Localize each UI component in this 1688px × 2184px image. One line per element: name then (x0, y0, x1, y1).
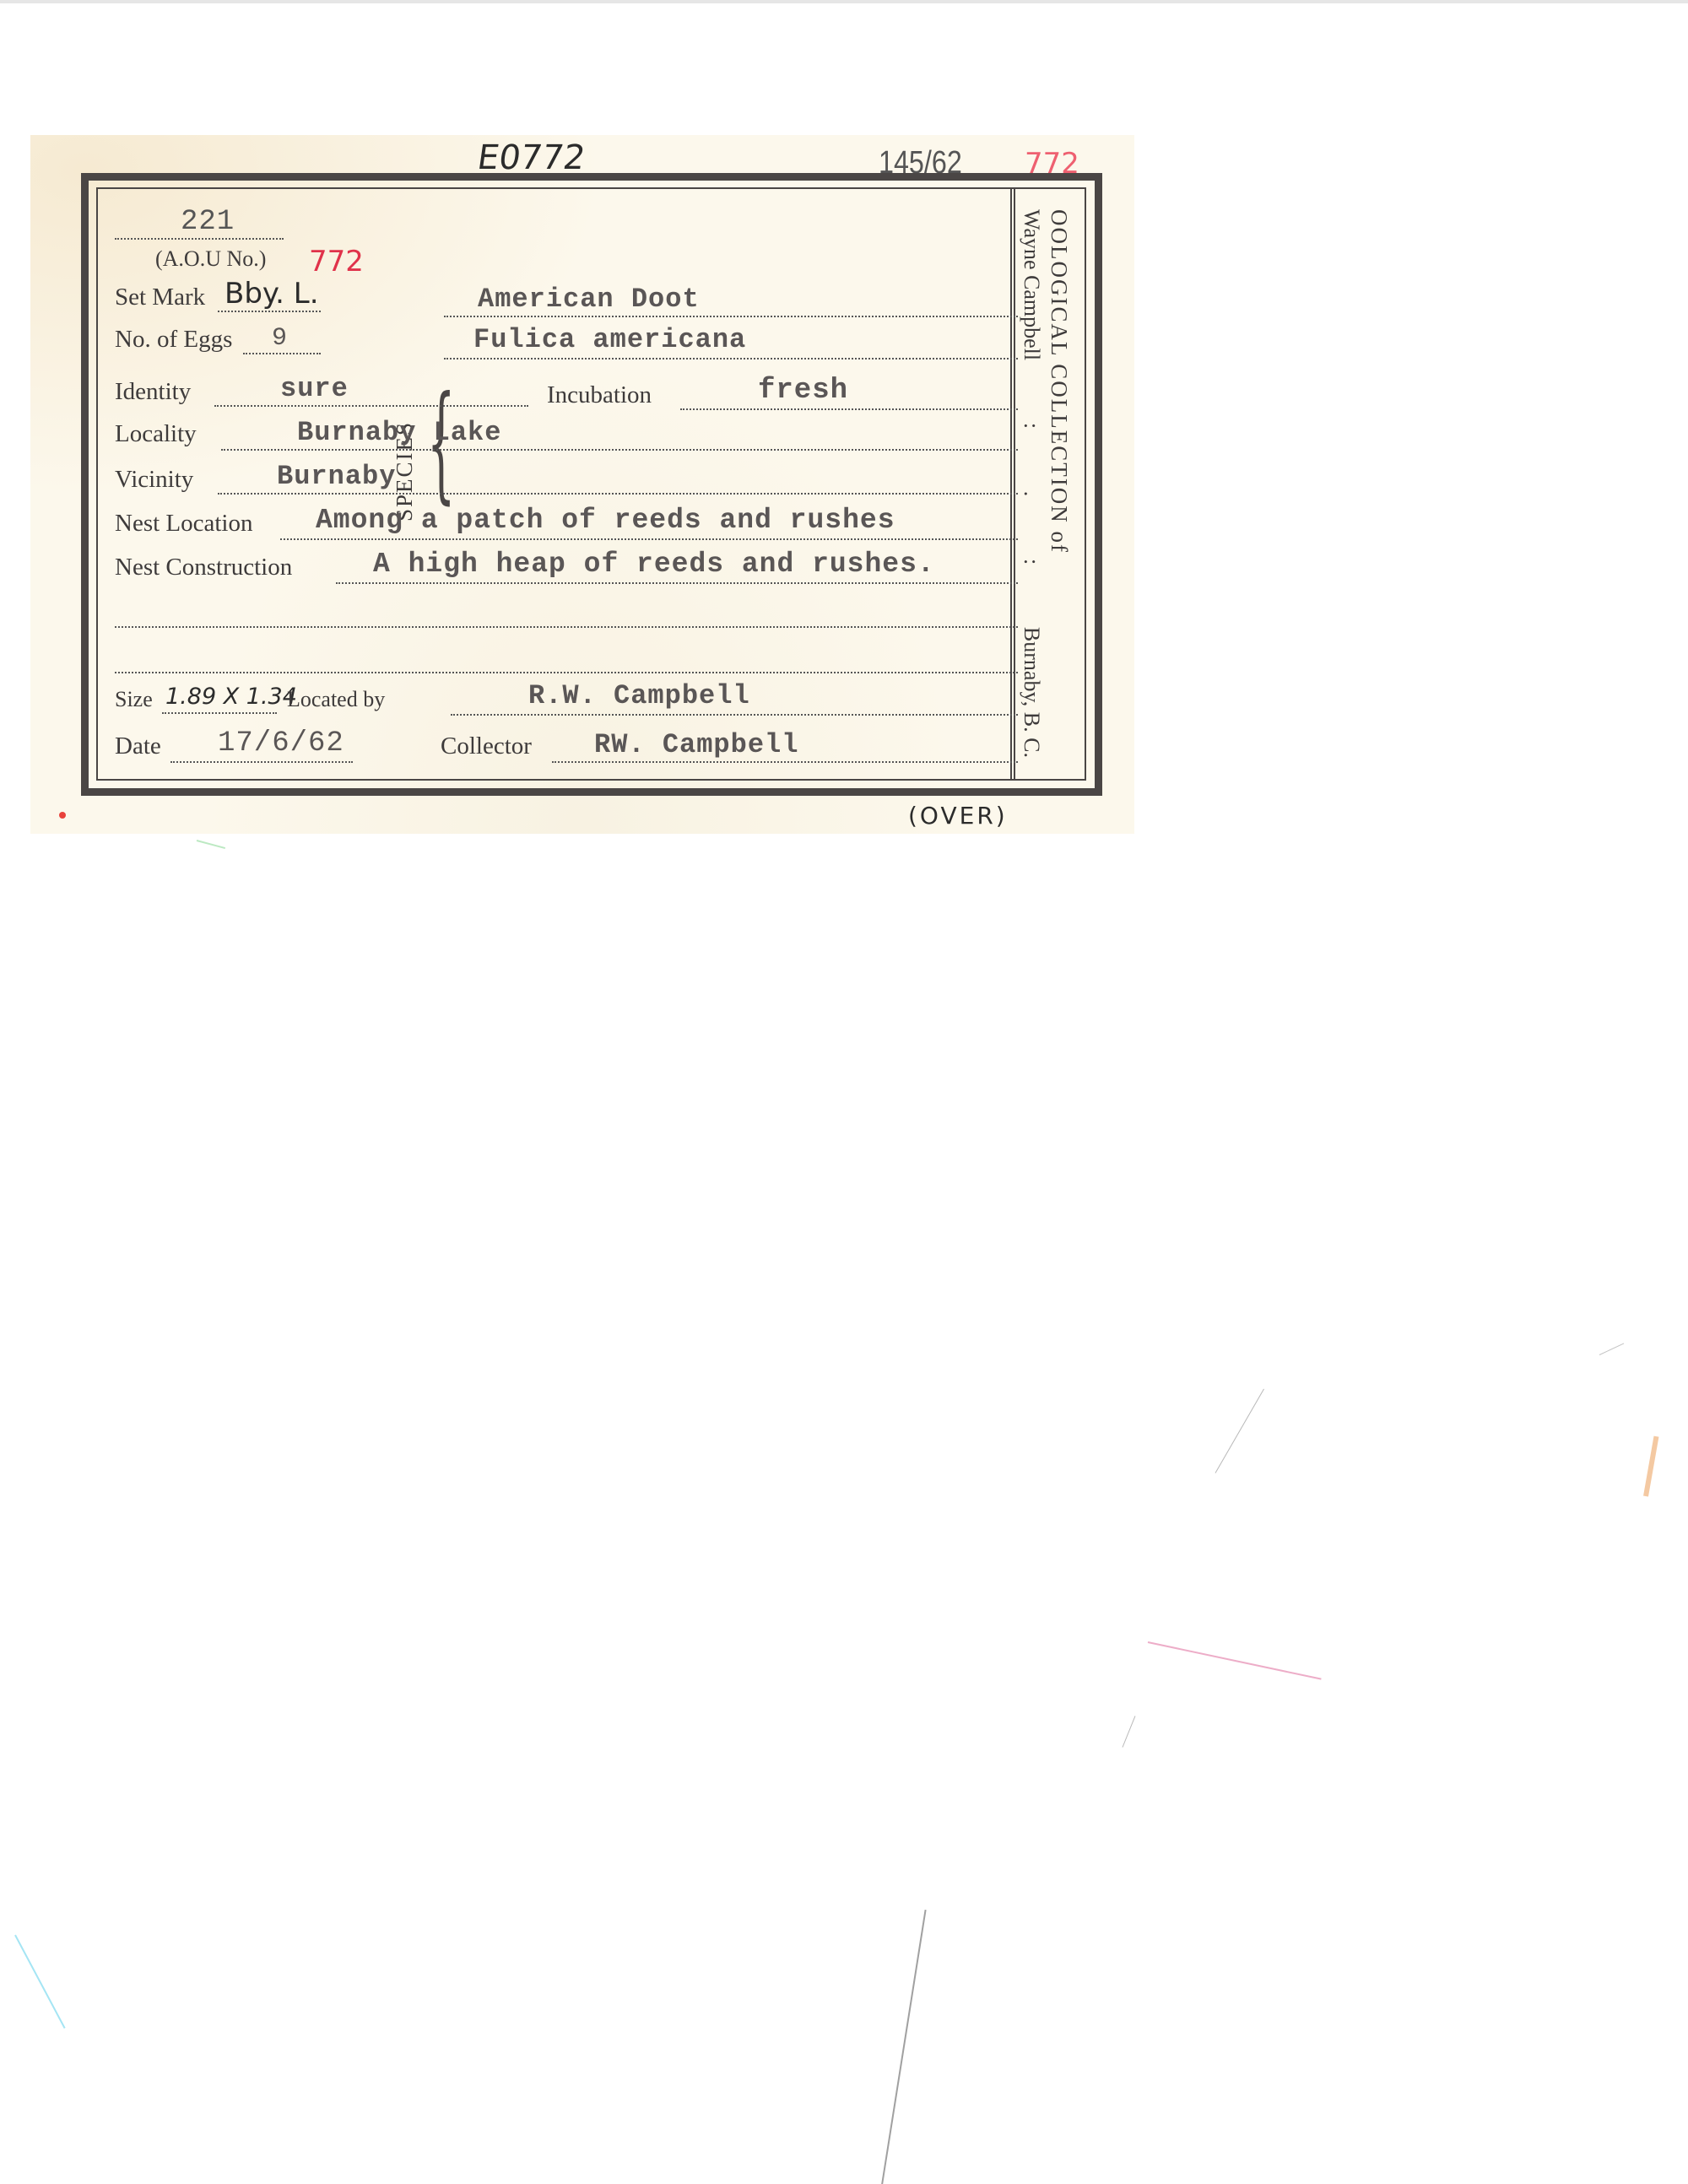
blank-line-2 (115, 672, 1018, 673)
collector-label: Collector (441, 733, 532, 760)
species-common-line (444, 316, 1018, 317)
scan-top-edge (0, 0, 1688, 3)
red-dot-mark (59, 812, 66, 819)
scan-streak (1599, 1343, 1624, 1355)
collection-place: Burnaby, B. C. (1019, 627, 1044, 758)
nest-location-line (280, 538, 1018, 540)
date-value: 17/6/62 (218, 727, 344, 760)
identity-label: Identity (115, 378, 191, 406)
collector-line (552, 761, 1018, 763)
nest-location-value: Among a patch of reeds and rushes (316, 505, 895, 536)
oological-record-card: E0772 145/62 772 221 (A.O.U No.) 772 Set… (30, 135, 1134, 834)
collection-side-panel: OOLOGICAL COLLECTION of Wayne Campbell :… (1019, 209, 1072, 758)
aou-number-typed: 221 (181, 206, 235, 238)
separator-3: : (1019, 559, 1044, 565)
no-of-eggs-label: No. of Eggs (115, 326, 232, 354)
no-of-eggs-value: 9 (272, 324, 288, 353)
blank-line-1 (115, 626, 1018, 628)
aou-number-red: 772 (309, 245, 364, 278)
set-mark-line (218, 311, 321, 312)
located-by-line (451, 714, 1018, 716)
aou-label: (A.O.U No.) (155, 246, 266, 272)
locality-value: Burnaby Lake (297, 417, 501, 448)
nest-construction-label: Nest Construction (115, 554, 292, 581)
side-panel-divider (1010, 187, 1015, 781)
species-scientific-value: Fulica americana (473, 324, 746, 355)
scan-streak (1148, 1641, 1322, 1680)
over-note: (OVER) (908, 802, 1008, 830)
scan-streak (197, 840, 225, 849)
identity-line (214, 405, 528, 407)
nest-construction-value: A high heap of reeds and rushes. (373, 549, 935, 580)
collector-value: RW. Campbell (594, 729, 798, 760)
scan-streak (881, 1910, 927, 2184)
incubation-label: Incubation (547, 381, 652, 409)
scan-streak (1643, 1436, 1658, 1497)
identity-value: sure (280, 373, 349, 404)
size-label: Size (115, 687, 153, 712)
located-by-label: Located by (287, 687, 385, 712)
nest-construction-line (336, 582, 1018, 584)
incubation-value: fresh (758, 375, 848, 407)
locality-label: Locality (115, 420, 197, 448)
size-value: 1.89 X 1.34 (165, 684, 297, 710)
catalog-number: E0772 (475, 138, 588, 177)
set-mark-label: Set Mark (115, 284, 205, 311)
incubation-line (680, 408, 1018, 410)
date-label: Date (115, 733, 161, 760)
scan-streak (1123, 1716, 1136, 1747)
separator-1: : (1019, 423, 1044, 429)
collection-owner: Wayne Campbell (1019, 209, 1044, 360)
scan-streak (14, 1935, 65, 2029)
date-line (170, 761, 353, 763)
separator-2: . (1019, 491, 1044, 497)
no-of-eggs-line (243, 353, 321, 354)
vicinity-value: Burnaby (277, 461, 396, 492)
nest-location-label: Nest Location (115, 510, 252, 538)
located-by-value: R.W. Campbell (528, 680, 750, 711)
scan-streak (1215, 1389, 1264, 1473)
set-mark-value: Bby. L. (225, 277, 319, 311)
species-common-value: American Doot (478, 284, 700, 315)
collection-title: OOLOGICAL COLLECTION of (1046, 209, 1072, 758)
collection-owner-row: Wayne Campbell : . : Burnaby, B. C. (1019, 209, 1044, 758)
aou-number-line (115, 238, 284, 240)
species-scientific-line (444, 358, 1018, 359)
size-line (162, 712, 277, 714)
locality-line (221, 449, 1018, 451)
vicinity-line (218, 493, 1018, 495)
vicinity-label: Vicinity (115, 466, 193, 494)
